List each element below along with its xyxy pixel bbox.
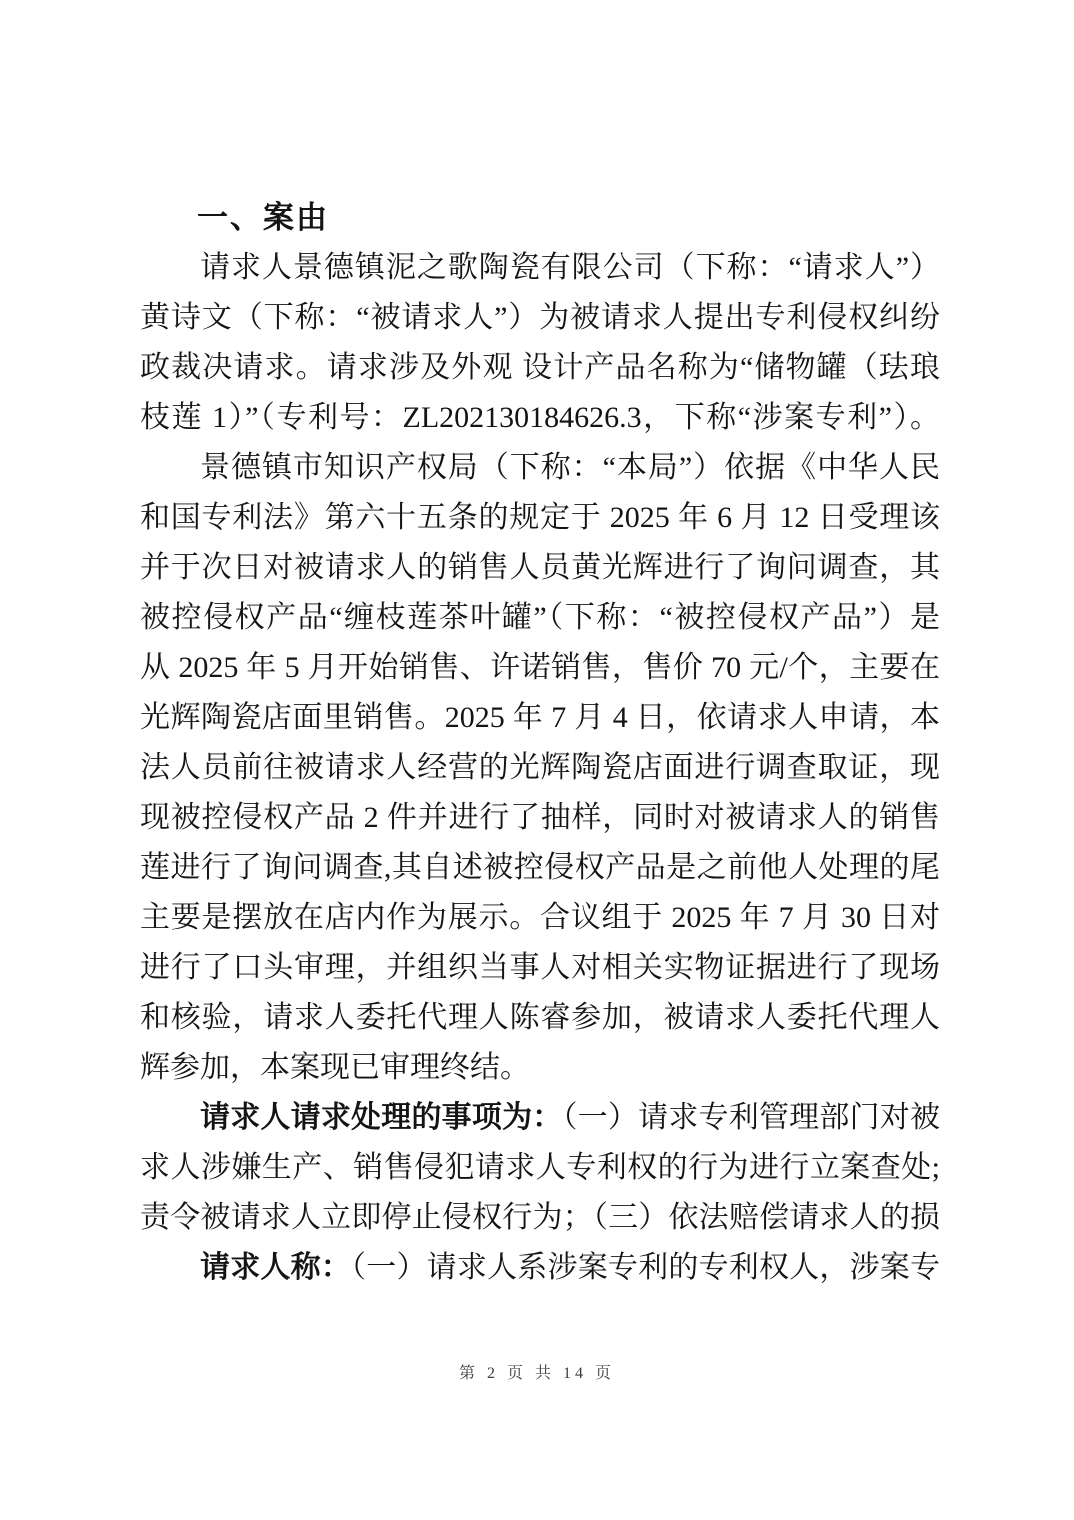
text-run: 政裁决请求。请求涉及外观 设计产品名称为“储物罐（珐琅彩缠 (140, 351, 940, 393)
text-line: 进行了口头审理，并组织当事人对相关实物证据进行了现场展示 (140, 943, 940, 993)
text-run: 并于次日对被请求人的销售人员黄光辉进行了询问调查，其自述 (140, 551, 940, 593)
text-line: 莲进行了询问调查,其自述被控侵权产品是之前他人处理的尾货， (140, 843, 940, 893)
text-run: 景德镇市知识产权局（下称：“本局”）依据《中华人民共 (140, 451, 940, 493)
text-line: 法人员前往被请求人经营的光辉陶瓷店面进行调查取证，现场发 (140, 743, 940, 793)
section-heading: 一、案由 (140, 193, 940, 243)
text-line: 和核验，请求人委托代理人陈睿参加，被请求人委托代理人黄光 (140, 993, 940, 1043)
text-line: 现被控侵权产品 2 件并进行了抽样，同时对被请求人的销售罗润 (140, 793, 940, 843)
text-run: 责令被请求人立即停止侵权行为；（三）依法赔偿请求人的损失。 (140, 1201, 940, 1243)
text-line: 景德镇市知识产权局（下称：“本局”）依据《中华人民共 (140, 443, 940, 493)
text-run: 枝莲 1）”（专利号：ZL202130184626.3，下称“涉案专利”）。 (140, 401, 940, 434)
text-run: 进行了口头审理，并组织当事人对相关实物证据进行了现场展示 (140, 951, 940, 993)
text-line: 政裁决请求。请求涉及外观 设计产品名称为“储物罐（珐琅彩缠 (140, 343, 940, 393)
text-line: 和国专利法》第六十五条的规定于 2025 年 6 月 12 日受理该请求， (140, 493, 940, 543)
bold-run: 请求人称： (200, 1251, 351, 1284)
text-line: 请求人景德镇泥之歌陶瓷有限公司（下称：“请求人”）以 (140, 243, 940, 293)
text-run: 黄诗文（下称：“被请求人”）为被请求人提出专利侵权纠纷行 (140, 301, 940, 343)
text-run: 辉参加，本案现已审理终结。 (140, 1051, 530, 1084)
text-run: 从 2025 年 5 月开始销售、许诺销售，售价 70 元/个，主要在国贸 (140, 651, 940, 693)
text-line: 黄诗文（下称：“被请求人”）为被请求人提出专利侵权纠纷行 (140, 293, 940, 343)
text-line: 辉参加，本案现已审理终结。 (140, 1043, 940, 1093)
text-line: 并于次日对被请求人的销售人员黄光辉进行了询问调查，其自述 (140, 543, 940, 593)
text-line: 责令被请求人立即停止侵权行为；（三）依法赔偿请求人的损失。 (140, 1193, 940, 1243)
text-line: 请求人请求处理的事项为：（一）请求专利管理部门对被请 (140, 1093, 940, 1143)
page-footer: 第 2 页 共 14 页 (0, 1360, 1074, 1383)
text-line: 光辉陶瓷店面里销售。2025 年 7 月 4 日，依请求人申请，本局执 (140, 693, 940, 743)
text-line: 被控侵权产品“缠枝莲茶叶罐”（下称：“被控侵权产品”）是 (140, 593, 940, 643)
text-run: 请求人景德镇泥之歌陶瓷有限公司（下称：“请求人”）以 (140, 251, 940, 293)
bold-run: 请求人请求处理的事项为： (200, 1101, 563, 1134)
text-line: 从 2025 年 5 月开始销售、许诺销售，售价 70 元/个，主要在国贸 (140, 643, 940, 693)
text-line: 请求人称：（一）请求人系涉案专利的专利权人，涉案专利 (140, 1243, 940, 1293)
document-content: 一、案由 请求人景德镇泥之歌陶瓷有限公司（下称：“请求人”）以黄诗文（下称：“被… (140, 193, 940, 1293)
text-run: 莲进行了询问调查,其自述被控侵权产品是之前他人处理的尾货， (140, 851, 940, 893)
text-run: 被控侵权产品“缠枝莲茶叶罐”（下称：“被控侵权产品”）是 (140, 601, 940, 634)
text-run: 和核验，请求人委托代理人陈睿参加，被请求人委托代理人黄光 (140, 1001, 940, 1043)
text-run: 光辉陶瓷店面里销售。2025 年 7 月 4 日，依请求人申请，本局执 (140, 701, 940, 743)
text-run: 和国专利法》第六十五条的规定于 2025 年 6 月 12 日受理该请求， (140, 501, 940, 543)
text-run: 现被控侵权产品 2 件并进行了抽样，同时对被请求人的销售罗润 (140, 801, 940, 843)
text-line: 求人涉嫌生产、销售侵犯请求人专利权的行为进行立案查处;(二） (140, 1143, 940, 1193)
document-page: 一、案由 请求人景德镇泥之歌陶瓷有限公司（下称：“请求人”）以黄诗文（下称：“被… (0, 0, 1074, 1520)
text-lines: 请求人景德镇泥之歌陶瓷有限公司（下称：“请求人”）以黄诗文（下称：“被请求人”）… (140, 243, 940, 1293)
text-line: 枝莲 1）”（专利号：ZL202130184626.3，下称“涉案专利”）。 (140, 393, 940, 443)
text-run: 求人涉嫌生产、销售侵犯请求人专利权的行为进行立案查处;(二） (140, 1151, 940, 1193)
text-run: 法人员前往被请求人经营的光辉陶瓷店面进行调查取证，现场发 (140, 751, 940, 793)
text-run: 主要是摆放在店内作为展示。合议组于 2025 年 7 月 30 日对该案 (140, 901, 940, 943)
text-line: 主要是摆放在店内作为展示。合议组于 2025 年 7 月 30 日对该案 (140, 893, 940, 943)
